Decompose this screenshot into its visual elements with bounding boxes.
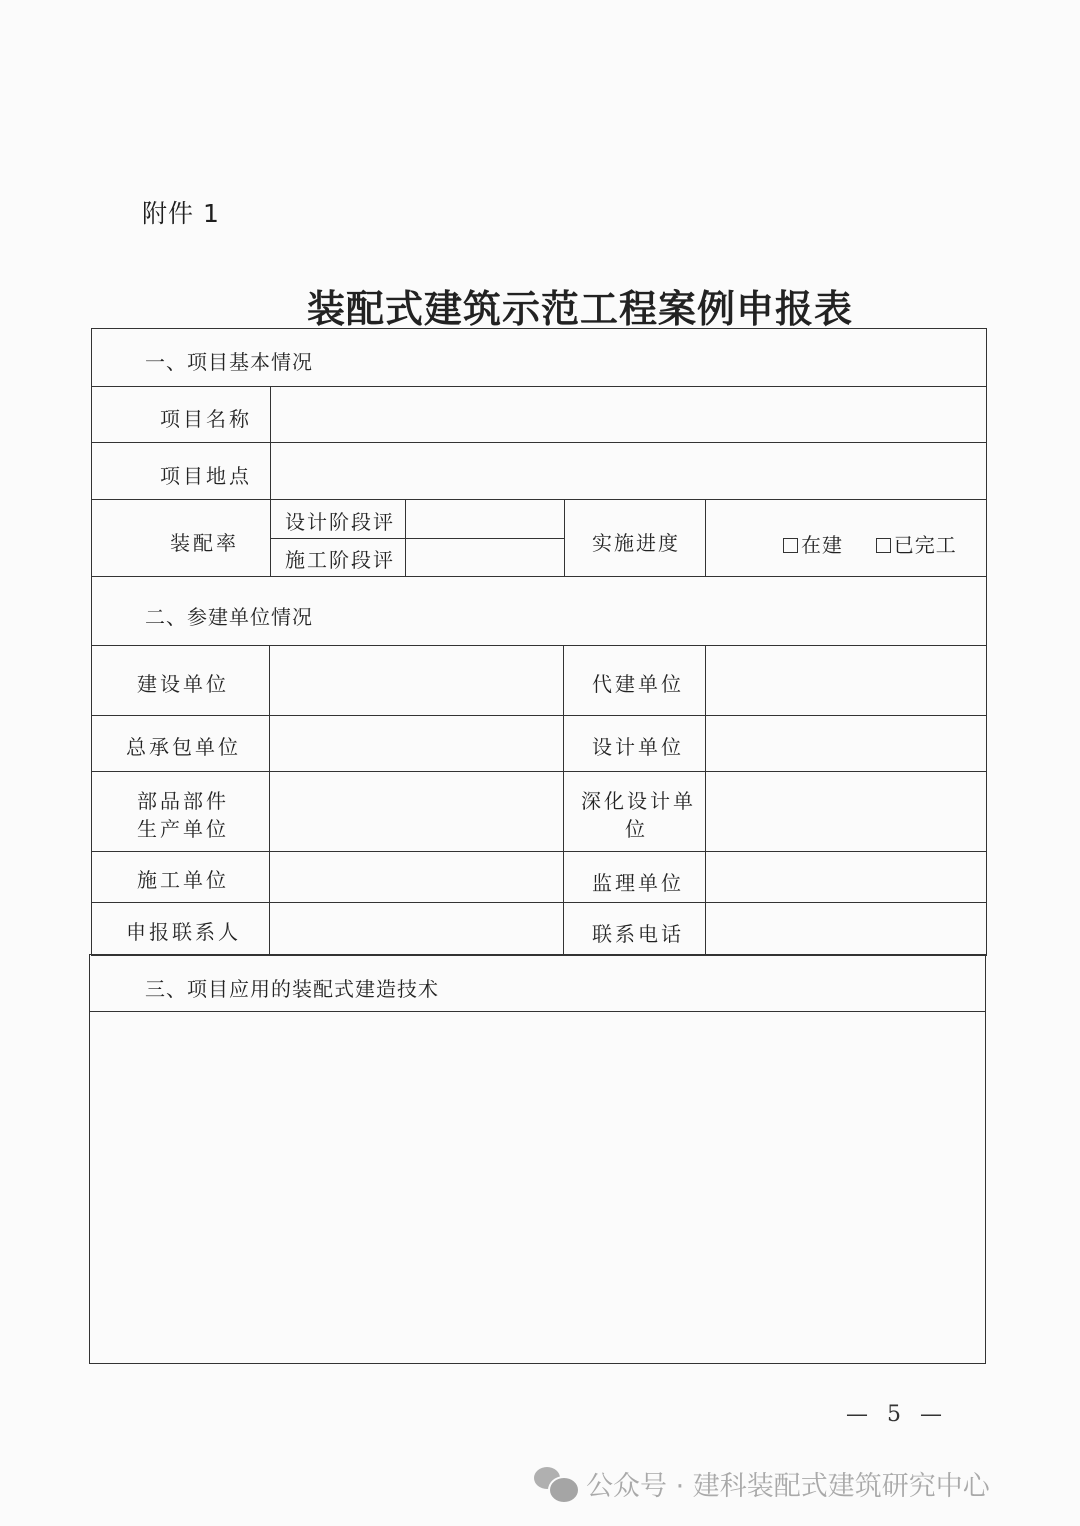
component-producer-field[interactable] (271, 773, 562, 850)
contractor-unit-label: 施工单位 (137, 864, 229, 893)
section-1-heading: 一、项目基本情况 (145, 346, 313, 375)
construction-stage-rate-field[interactable] (407, 540, 563, 575)
contractor-unit-field[interactable] (271, 853, 562, 901)
attachment-label: 附件 1 (142, 194, 220, 230)
row-divider (91, 442, 987, 443)
contact-person-label: 申报联系人 (126, 916, 241, 945)
col-divider (564, 499, 565, 576)
detailed-design-unit-field[interactable] (707, 773, 985, 850)
design-unit-label: 设计单位 (592, 731, 684, 760)
contact-phone-field[interactable] (707, 904, 985, 953)
col-divider (705, 645, 706, 954)
col-divider (269, 645, 270, 954)
page-number: — 5 — (846, 1402, 948, 1427)
general-contractor-label: 总承包单位 (126, 731, 241, 760)
form-title: 装配式建筑示范工程案例申报表 (0, 278, 1080, 333)
watermark-text: 公众号 · 建科装配式建筑研究中心 (586, 1464, 990, 1503)
supervision-unit-label: 监理单位 (592, 867, 684, 896)
section-2-heading: 二、参建单位情况 (145, 601, 313, 630)
contact-person-field[interactable] (271, 904, 562, 953)
project-location-label: 项目地点 (160, 460, 252, 489)
supervision-unit-field[interactable] (707, 853, 985, 901)
construction-unit-field[interactable] (271, 647, 562, 714)
component-producer-label-line1: 部品部件 (137, 785, 229, 814)
project-name-label: 项目名称 (160, 403, 252, 432)
project-location-field[interactable] (272, 444, 985, 498)
col-divider (270, 386, 271, 576)
detailed-design-unit-label-line2: 位 (625, 813, 648, 842)
agent-construction-unit-label: 代建单位 (592, 668, 684, 697)
progress-label: 实施进度 (592, 527, 680, 556)
wechat-icon (534, 1467, 578, 1501)
row-divider (91, 715, 987, 716)
technology-description-field[interactable] (91, 1013, 984, 1362)
assembly-rate-label: 装配率 (170, 527, 239, 556)
row-divider (91, 902, 987, 903)
row-divider (91, 771, 987, 772)
watermark: 公众号 · 建科装配式建筑研究中心 (534, 1464, 990, 1503)
col-divider (705, 499, 706, 576)
row-divider (91, 576, 987, 577)
section-3-heading: 三、项目应用的装配式建造技术 (145, 973, 439, 1002)
checkbox-icon[interactable] (876, 538, 891, 553)
row-divider (91, 645, 987, 646)
detailed-design-unit-label-line1: 深化设计单 (581, 785, 696, 814)
component-producer-label-line2: 生产单位 (137, 813, 229, 842)
construction-stage-label: 施工阶段评 (285, 544, 395, 573)
col-divider (405, 499, 406, 576)
project-name-field[interactable] (272, 388, 985, 441)
progress-option-under-construction[interactable]: 在建 (783, 533, 843, 557)
contact-phone-label: 联系电话 (592, 918, 684, 947)
row-divider (91, 386, 987, 387)
design-stage-rate-field[interactable] (407, 501, 563, 537)
progress-options: 在建 已完工 (783, 529, 957, 558)
progress-option-completed[interactable]: 已完工 (876, 533, 957, 557)
construction-unit-label: 建设单位 (137, 668, 229, 697)
checkbox-icon[interactable] (783, 538, 798, 553)
design-stage-label: 设计阶段评 (285, 506, 395, 535)
row-divider (89, 1011, 986, 1012)
general-contractor-field[interactable] (271, 717, 562, 770)
agent-construction-unit-field[interactable] (707, 647, 985, 714)
row-divider (91, 851, 987, 852)
row-divider (91, 499, 987, 500)
row-divider (270, 538, 564, 539)
col-divider (563, 645, 564, 954)
design-unit-field[interactable] (707, 717, 985, 770)
